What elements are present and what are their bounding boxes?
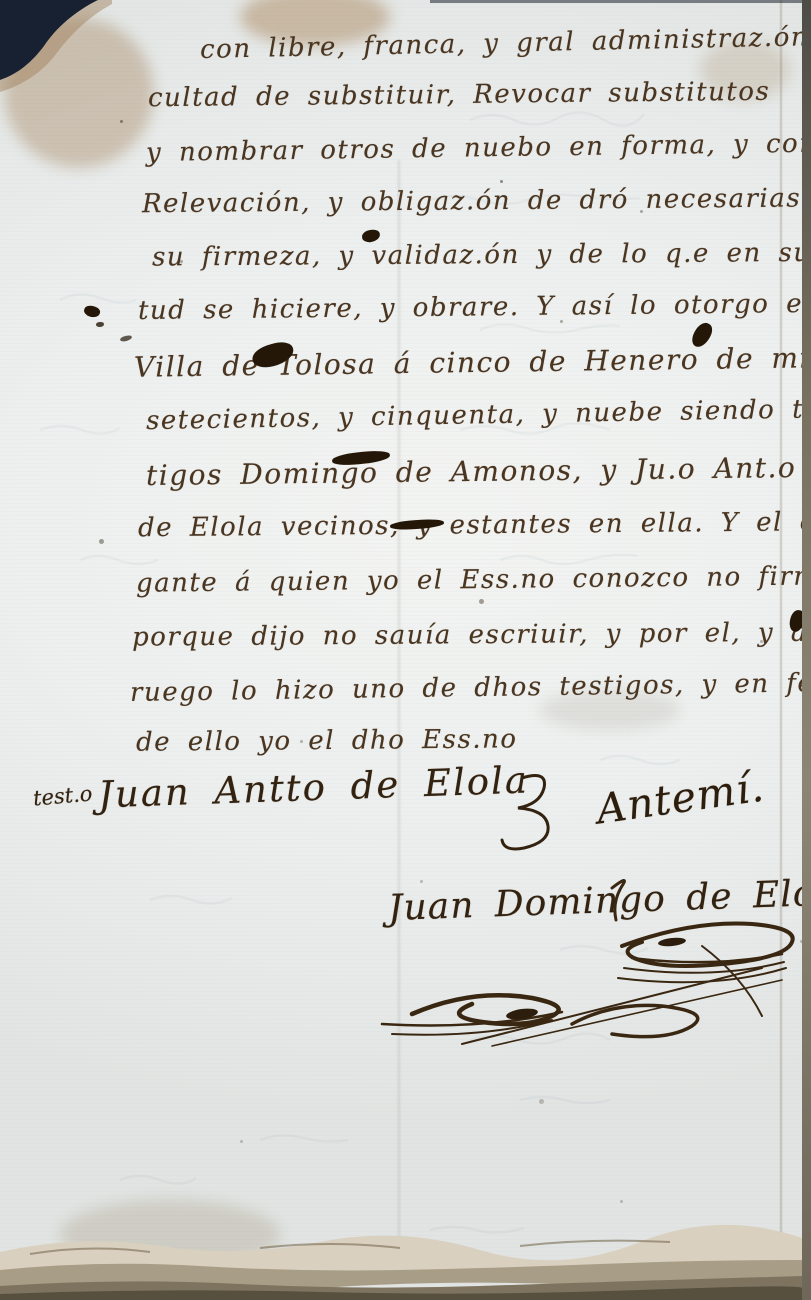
manuscript-page: con libre, franca, y gral administraz.ón… <box>0 0 802 1300</box>
manuscript-text-line: su firmeza, y validaz.ón y de lo q.e en … <box>152 237 811 272</box>
manuscript-text-line: Relevación, y obligaz.ón de dró necesari… <box>142 183 811 219</box>
witness-signature-rubric <box>492 772 562 858</box>
page-top-edge-shadow <box>430 0 811 3</box>
bottom-deckle-edge <box>0 1208 802 1300</box>
manuscript-photo: con libre, franca, y gral administraz.ón… <box>0 0 811 1300</box>
torn-corner <box>0 0 130 100</box>
foxing-specks <box>120 120 123 123</box>
manuscript-text-line: porque dijo no sauía escriuir, y por el,… <box>132 617 811 652</box>
manuscript-text-line: de ello yo el dho Ess.no <box>136 724 518 757</box>
signature-rubric-flourish <box>372 928 802 1048</box>
foxing-specks <box>500 180 503 183</box>
manuscript-text-line: de Elola vecinos, y estantes en ella. Y … <box>138 507 811 543</box>
page-right-edge <box>802 0 811 1300</box>
